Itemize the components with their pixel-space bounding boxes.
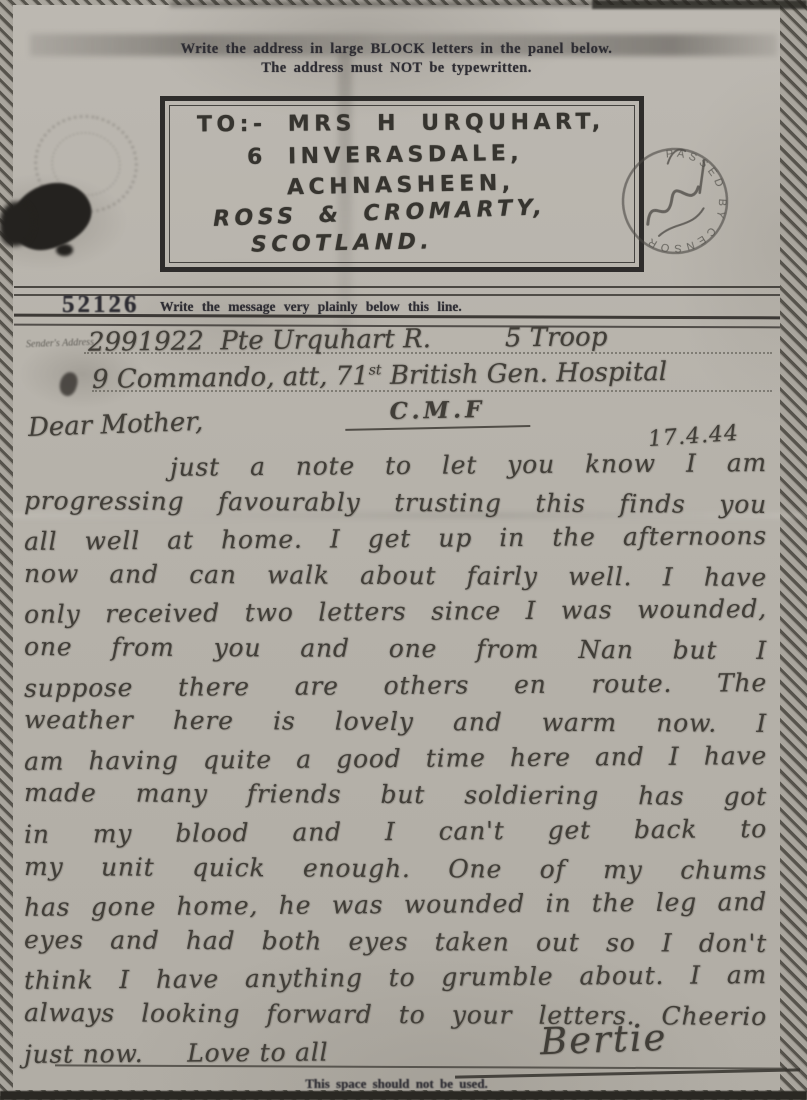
scan-edge-shadow <box>0 1091 807 1100</box>
letter-line: think I have anything to grumble about. … <box>24 957 767 999</box>
ink-blot <box>56 244 73 256</box>
sender-service-number: 2991922 Pte Urquhart R. <box>88 324 431 358</box>
letter-line: am having quite a good time here and I h… <box>24 738 767 780</box>
scan-edge-shadow <box>170 2 592 7</box>
svg-text:PASSED BY CENSOR: PASSED BY CENSOR <box>622 137 740 263</box>
salutation: Dear Mother, <box>28 407 204 443</box>
letter-line: all well at home. I get up in the aftern… <box>24 518 767 560</box>
address-line: SCOTLAND. <box>251 229 434 257</box>
signature: Bertie <box>539 1016 668 1063</box>
letter-line: in my blood and I can't get back to <box>24 811 767 853</box>
instruction-line-1: Write the address in large BLOCK letters… <box>0 40 793 59</box>
letter-line: progressing favourably trusting this fin… <box>24 483 767 523</box>
letter-line: weather here is lovely and warm now. I <box>24 702 767 742</box>
ordinal-suffix: st <box>369 362 382 378</box>
letter-line: one from you and one from Nan but I <box>24 629 767 669</box>
letter-line: eyes and had both eyes taken out so I do… <box>24 922 767 962</box>
censor-stamp-label: PASSED BY CENSOR <box>622 137 740 263</box>
letter-card-scan: Write the address in large BLOCK letters… <box>0 0 807 1100</box>
top-instructions: Write the address in large BLOCK letters… <box>0 40 793 78</box>
address-line: ROSS & CROMARTY, <box>213 195 547 232</box>
address-line: 6 INVERASDALE, <box>247 141 523 170</box>
sender-unit: 9 Commando, att, 71 <box>92 361 369 395</box>
letter-line: suppose there are others en route. The <box>24 665 767 707</box>
letter-body: just a note to let you know I am progres… <box>24 448 767 1070</box>
sender-line-1: 2991922 Pte Urquhart R.5 Troop <box>88 322 608 357</box>
message-instruction: Write the message very plainly below thi… <box>160 299 462 315</box>
instruction-line-2: The address must NOT be typewritten. <box>0 59 793 78</box>
letter-line: now and can walk about fairly well. I ha… <box>24 556 767 596</box>
letter-line: made many friends but soldiering has got <box>24 775 767 815</box>
address-line: TO:- MRS H URQUHART, <box>197 110 605 138</box>
letter-line: just a note to let you know I am <box>24 445 767 487</box>
sender-hospital: British Gen. Hospital <box>381 357 667 391</box>
address-panel: TO:- MRS H URQUHART, 6 INVERASDALE, ACHN… <box>160 96 644 272</box>
letter-line: has gone home, he was wounded in the leg… <box>24 884 767 926</box>
scan-edge-shadow <box>592 0 807 9</box>
address-line: ACHNASHEEN, <box>287 171 515 201</box>
bottom-note: This space should not be used. <box>0 1076 793 1092</box>
letter-line: my unit quick enough. One of my chums <box>24 849 767 889</box>
cmf-line: C.M.F <box>345 395 531 431</box>
letter-line: only received two letters since I was wo… <box>24 591 767 633</box>
sender-troop: 5 Troop <box>505 322 608 353</box>
